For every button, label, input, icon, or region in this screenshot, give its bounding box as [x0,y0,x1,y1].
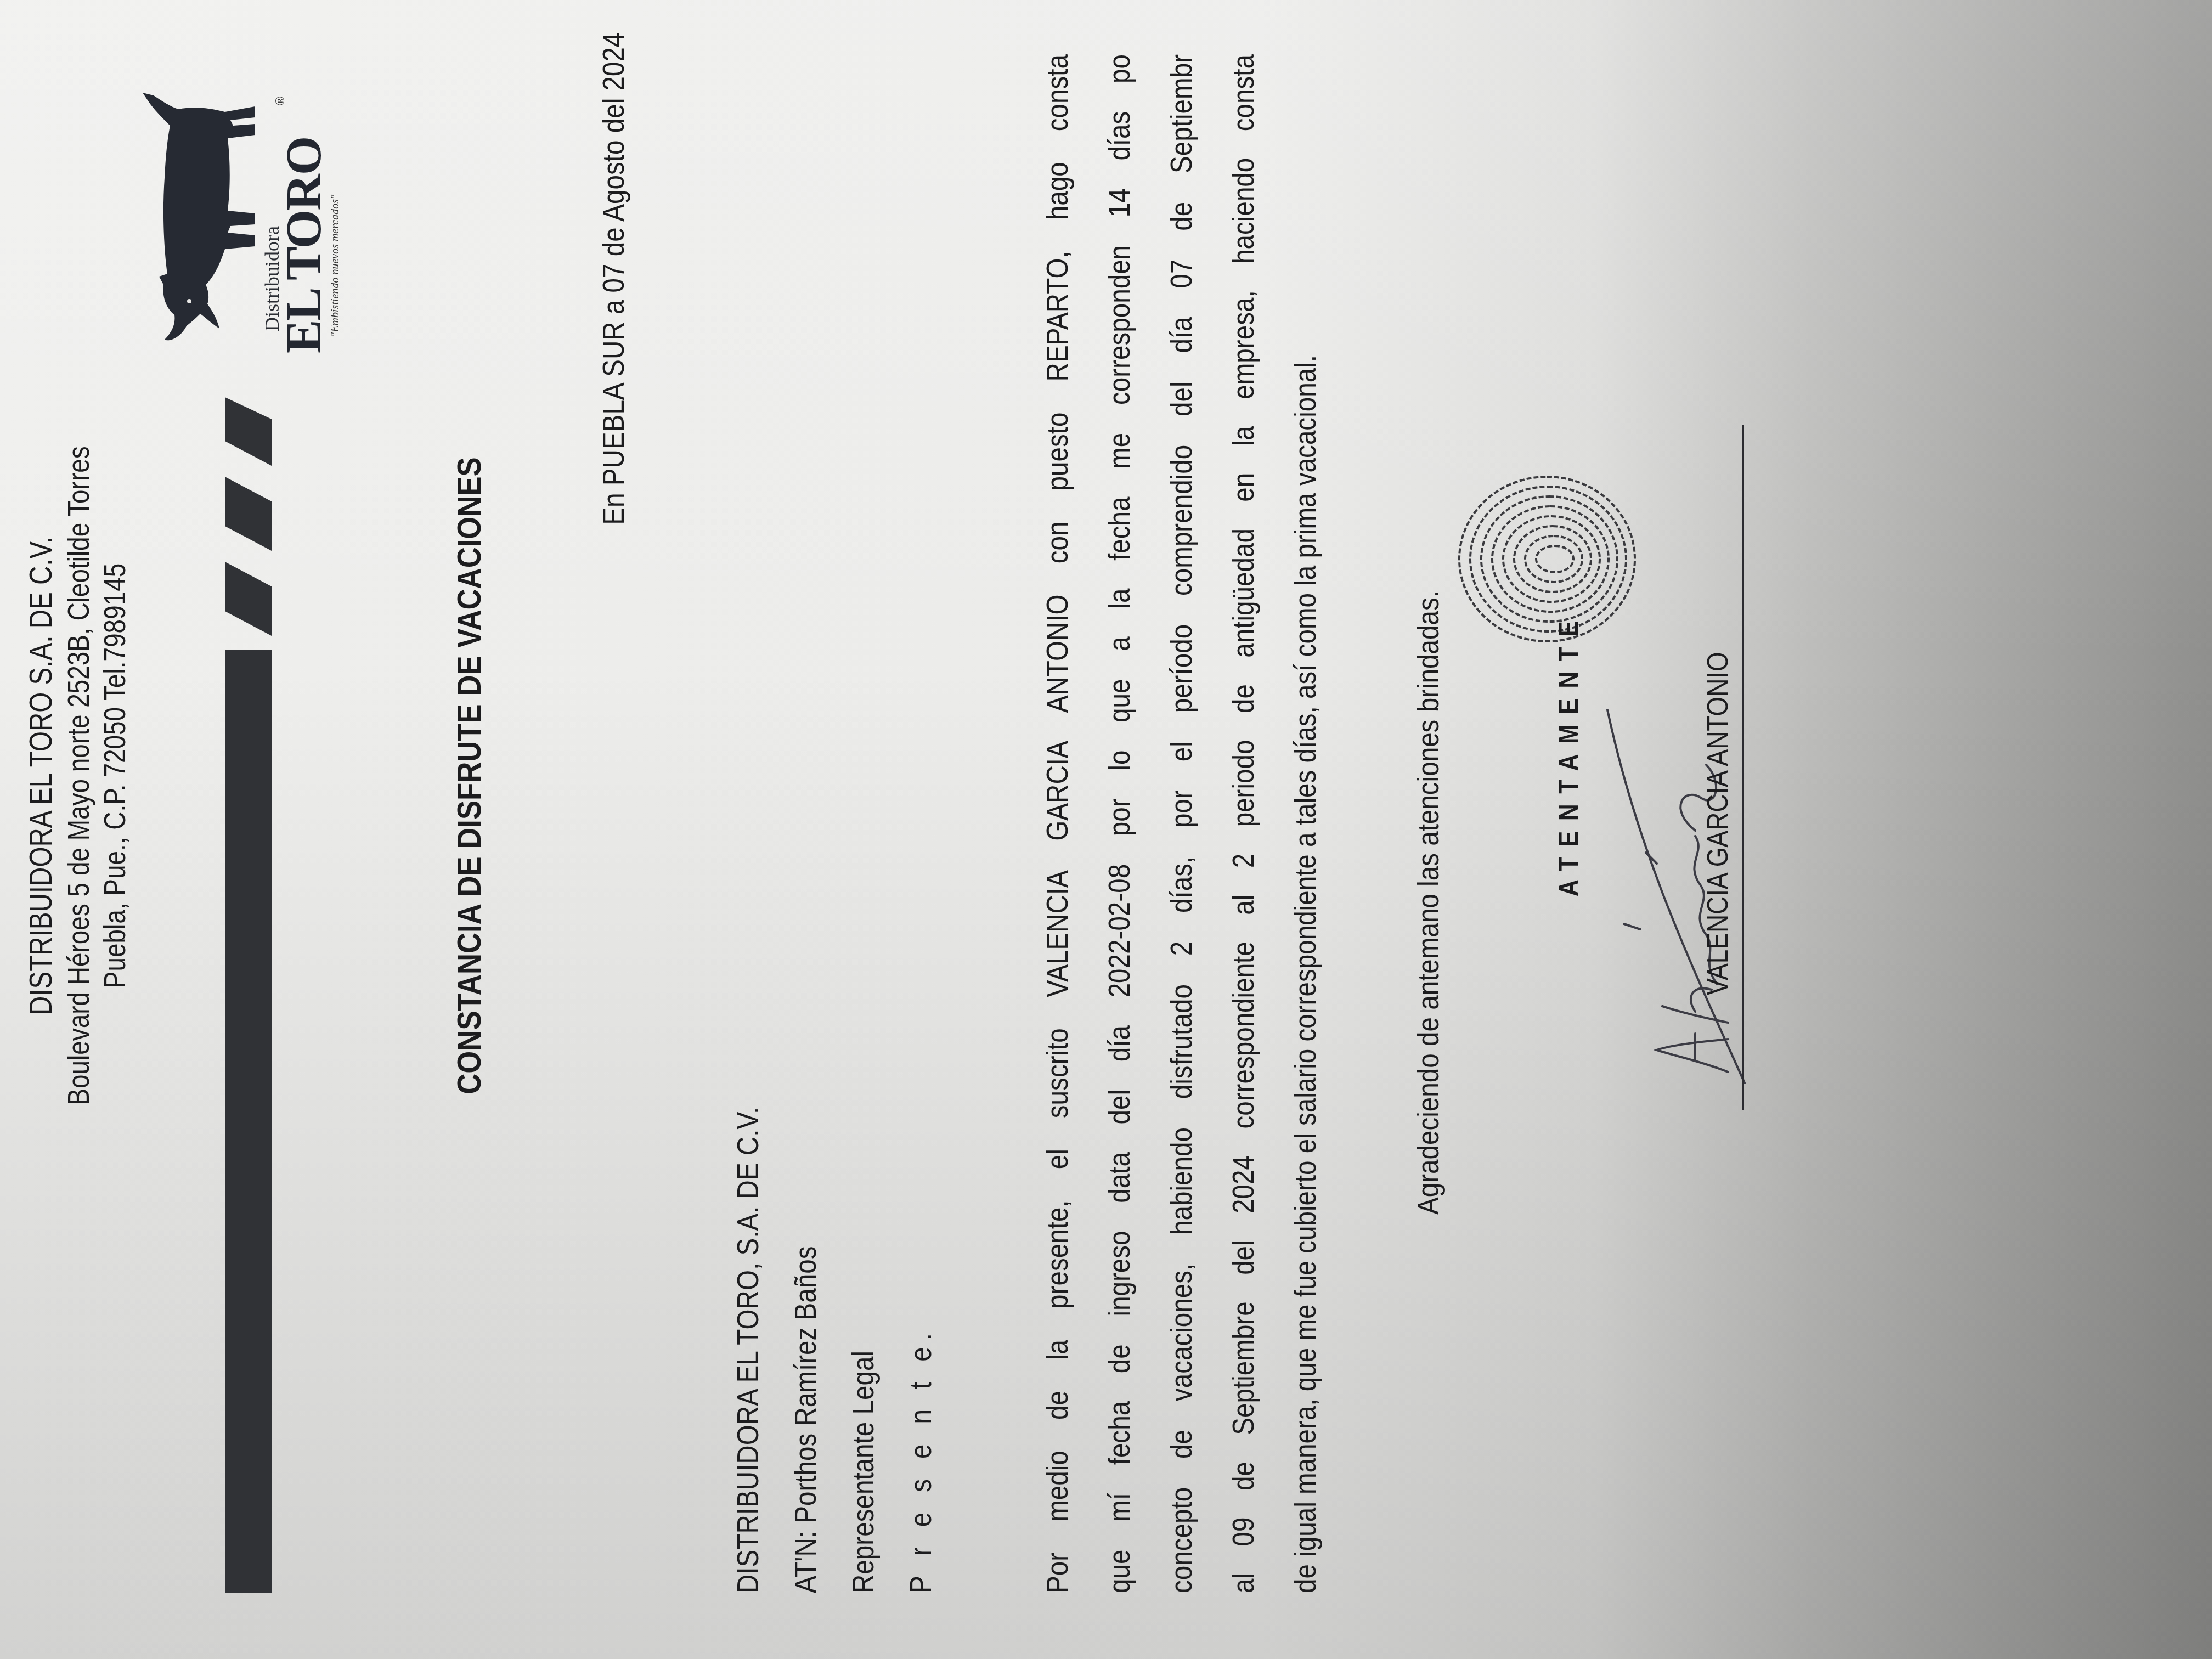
letterhead-stripe-bar [225,397,272,1593]
letterhead-company: DISTRIBUIDORA EL TORO S.A. DE C.V. [22,393,60,1158]
logo-brand-text: EL TORO [274,137,332,353]
letterhead-address-line2: Puebla, Pue., C.P. 72050 Tel.7989145 [97,393,133,1158]
handwritten-signature [1591,666,1772,1094]
bull-silhouette-icon [137,84,263,342]
document-title: CONSTANCIA DE DISFRUTE DE VACACIONES [450,380,489,1172]
document-page: DISTRIBUIDORA EL TORO S.A. DE C.V. Boule… [0,0,2212,1659]
letterhead-address-line1: Boulevard Héroes 5 de Mayo norte 2523B, … [60,393,97,1158]
signer-name: VALENCIA GARCIA ANTONIO [1701,652,1735,995]
company-logo: Distribuidora EL TORO ® "Embistiendo nue… [137,46,340,353]
body-line: Por medio de la presente, el suscrito VA… [1026,54,1088,1593]
letterhead: DISTRIBUIDORA EL TORO S.A. DE C.V. Boule… [22,393,133,1158]
body-line: que mí fecha de ingreso data del día 202… [1088,54,1150,1593]
registered-mark: ® [273,97,287,105]
body-paragraph: Por medio de la presente, el suscrito VA… [1026,54,1336,1593]
closing-text: Agradeciendo de antemano las atenciones … [1410,590,1446,1215]
fingerprint-icon [1454,469,1640,650]
body-line: de igual manera, que me fue cubierto el … [1274,54,1336,1593]
date-line: En PUEBLA SUR a 07 de Agosto del 2024 [595,33,631,525]
body-line: concepto de vacaciones, habiendo disfrut… [1150,54,1212,1593]
recipient-greeting: P r e s e n t e. [891,1107,949,1593]
recipient-block: DISTRIBUIDORA EL TORO, S.A. DE C.V. AT'N… [719,1107,949,1593]
recipient-attention: AT'N: Porthos Ramírez Baños [776,1107,834,1593]
logo-tagline: "Embistiendo nuevos mercados" [329,195,342,337]
signature-line [1742,425,1744,1110]
sign-off: ATENTAMENTE [1553,611,1584,896]
recipient-company: DISTRIBUIDORA EL TORO, S.A. DE C.V. [719,1107,776,1593]
recipient-role: Representante Legal [834,1107,891,1593]
body-line: al 09 de Septiembre del 2024 correspondi… [1212,54,1274,1593]
